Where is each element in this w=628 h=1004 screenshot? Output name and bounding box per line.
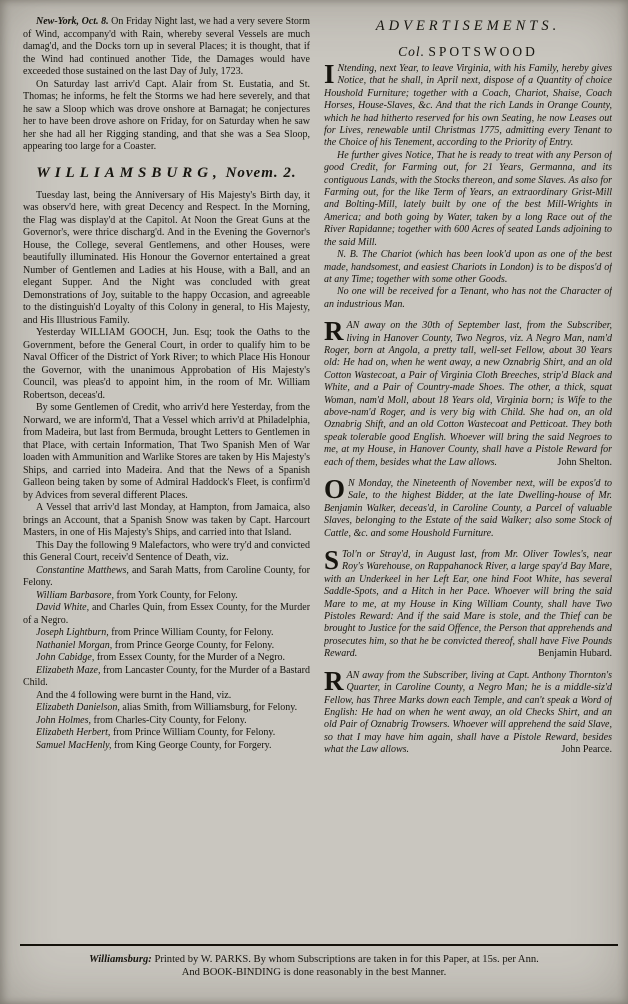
ad-stolen-mare: STol'n or Stray'd, in August last, from …: [324, 549, 612, 661]
ad-title-name: SPOTSWOOD: [428, 44, 538, 59]
left-column: New-York, Oct. 8. On Friday Night last, …: [23, 16, 310, 928]
page-columns: New-York, Oct. 8. On Friday Night last, …: [0, 0, 628, 928]
ad-paragraph: RAN away from the Subscriber, living at …: [324, 670, 612, 757]
news-paragraph: This Day the following 9 Malefactors, wh…: [23, 540, 310, 565]
ad-runaway-shelton: RAN away on the 30th of September last, …: [324, 320, 612, 469]
imprint-line-1: Williamsburg: Printed by W. PARKS. By wh…: [0, 953, 628, 966]
list-item: David White, and Charles Quin, from Esse…: [23, 602, 310, 627]
dateline-paragraph: New-York, Oct. 8. On Friday Night last, …: [23, 16, 310, 79]
news-paragraph: By some Gentlemen of Credit, who arriv'd…: [23, 402, 310, 502]
list-item: Samuel MacHenly, from King George County…: [23, 740, 310, 753]
signature: Benjamin Hubard.: [530, 648, 612, 660]
ad-text: N Monday, the Nineteenth of November nex…: [324, 478, 612, 539]
convict-names: Constantine Matthews,: [36, 565, 129, 576]
ad-paragraph: STol'n or Stray'd, in August last, from …: [324, 549, 612, 661]
list-item: Elizabeth Herbert, from Prince William C…: [23, 727, 310, 740]
convict-names: John Cabidge,: [36, 652, 94, 663]
convict-rest: alias Smith, from Williamsburg, for Felo…: [122, 702, 297, 713]
convict-names: Elizabeth Herbert,: [36, 727, 110, 738]
list-item: John Cabidge, from Essex County, for the…: [23, 652, 310, 665]
list-item: Nathaniel Morgan, from Prince George Cou…: [23, 640, 310, 653]
convict-names: John Holmes,: [36, 715, 91, 726]
convict-rest: from Prince William County, for Felony.: [111, 627, 273, 638]
convict-names: William Barbasore,: [36, 590, 114, 601]
ad-paragraph: He further gives Notice, That he is read…: [324, 150, 612, 249]
section-heading-city: WILLIAMSBURG,: [36, 165, 221, 181]
convict-rest: from Charles-City County, for Felony.: [94, 715, 247, 726]
drop-cap: R: [324, 320, 347, 343]
imprint-line-2: And BOOK-BINDING is done reasonably in t…: [0, 966, 628, 979]
list-item: And the 4 following were burnt in the Ha…: [23, 690, 310, 703]
right-column: ADVERTISEMENTS. Col. SPOTSWOOD INtending…: [324, 16, 612, 928]
advertisements-heading: ADVERTISEMENTS.: [324, 18, 612, 35]
section-heading-date: Novem. 2.: [226, 165, 297, 181]
ad-slave-sale: ON Monday, the Nineteenth of November ne…: [324, 478, 612, 540]
ad-text: Ntending, next Year, to leave Virginia, …: [324, 63, 612, 148]
ad-paragraph: No one will be received for a Tenant, wh…: [324, 286, 612, 311]
ad-paragraph: N. B. The Chariot (which has been look'd…: [324, 249, 612, 286]
ad-text: AN away on the 30th of September last, f…: [324, 320, 612, 467]
signature: John Pearce.: [553, 744, 612, 756]
convict-rest: from Prince George County, for Felony.: [115, 640, 274, 651]
page-footer: Williamsburg: Printed by W. PARKS. By wh…: [0, 944, 628, 979]
convict-names: Samuel MacHenly,: [36, 740, 112, 751]
list-item: William Barbasore, from York County, for…: [23, 590, 310, 603]
convict-names: David White,: [36, 602, 89, 613]
section-heading-williamsburg: WILLIAMSBURG, Novem. 2.: [23, 165, 310, 182]
footer-rule: [20, 944, 618, 946]
convict-rest: from Essex County, for the Murder of a N…: [97, 652, 285, 663]
ad-title-prefix: Col.: [398, 44, 425, 59]
ad-paragraph: ON Monday, the Nineteenth of November ne…: [324, 478, 612, 540]
ad-text: AN away from the Subscriber, living at C…: [324, 670, 612, 755]
list-item: Constantine Matthews, and Sarah Matts, f…: [23, 565, 310, 590]
news-paragraph: Tuesday last, being the Anniversary of H…: [23, 190, 310, 328]
ad-paragraph: INtending, next Year, to leave Virginia,…: [324, 63, 612, 150]
imprint-place: Williamsburg:: [89, 954, 152, 965]
drop-cap: I: [324, 63, 338, 86]
list-item: John Holmes, from Charles-City County, f…: [23, 715, 310, 728]
list-item: Elizabeth Maze, from Lancaster County, f…: [23, 665, 310, 690]
list-item: Joseph Lightburn, from Prince William Co…: [23, 627, 310, 640]
ad-spotswood: Col. SPOTSWOOD INtending, next Year, to …: [324, 44, 612, 311]
convict-names: Elizabeth Danielson,: [36, 702, 120, 713]
imprint-text: Printed by W. PARKS. By whom Subscriptio…: [154, 954, 538, 965]
ad-title: Col. SPOTSWOOD: [324, 44, 612, 60]
dateline: New-York, Oct. 8.: [36, 16, 109, 27]
convict-names: Joseph Lightburn,: [36, 627, 109, 638]
ad-paragraph: RAN away on the 30th of September last, …: [324, 320, 612, 469]
news-paragraph: Yesterday WILLIAM GOOCH, Jun. Esq; took …: [23, 327, 310, 402]
news-paragraph: A Vessel that arriv'd last Monday, at Ha…: [23, 502, 310, 540]
convict-rest: And the 4 following were burnt in the Ha…: [36, 690, 231, 701]
list-item: Elizabeth Danielson, alias Smith, from W…: [23, 702, 310, 715]
convict-names: Elizabeth Maze,: [36, 665, 100, 676]
ad-runaway-pearce: RAN away from the Subscriber, living at …: [324, 670, 612, 757]
drop-cap: O: [324, 478, 348, 501]
drop-cap: R: [324, 670, 347, 693]
convict-rest: from Prince William County, for Felony.: [113, 727, 275, 738]
convict-list: Constantine Matthews, and Sarah Matts, f…: [23, 565, 310, 753]
news-paragraph: On Saturday last arriv'd Capt. Alair fro…: [23, 79, 310, 154]
convict-names: Nathaniel Morgan,: [36, 640, 112, 651]
signature: John Shelton.: [550, 457, 612, 469]
convict-rest: from York County, for Felony.: [116, 590, 237, 601]
ad-text: Tol'n or Stray'd, in August last, from M…: [324, 549, 612, 659]
drop-cap: S: [324, 549, 342, 572]
newspaper-page: New-York, Oct. 8. On Friday Night last, …: [0, 0, 628, 1004]
convict-rest: from King George County, for Forgery.: [114, 740, 271, 751]
